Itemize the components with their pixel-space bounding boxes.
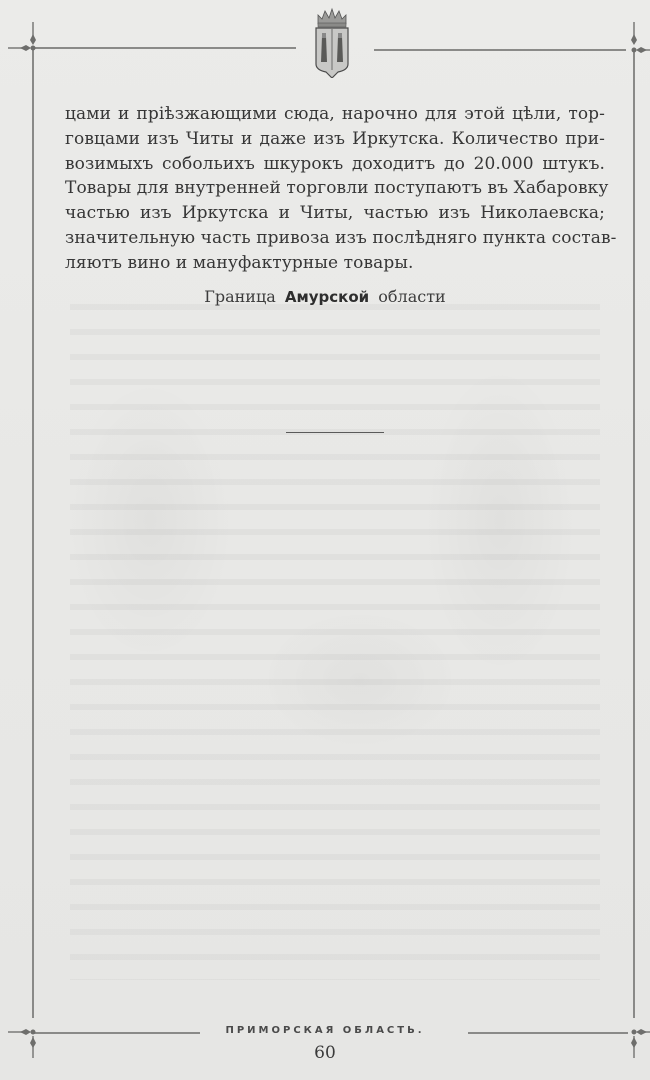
top-rule-left [34, 47, 296, 49]
heading-suffix: области [378, 287, 445, 306]
text-line: говцами изъ Читы и даже изъ Иркутска. Ко… [65, 127, 605, 152]
left-frame-rule [32, 50, 34, 1018]
show-through-texture [70, 290, 600, 980]
text-line: Товары для внутренней торговли поступают… [65, 176, 605, 201]
page-number: 60 [0, 1043, 650, 1063]
book-page: цами и прiѣзжающими сюда, нарочно для эт… [0, 0, 650, 1080]
section-heading: Граница Амурской области [0, 287, 650, 306]
text-line: цами и прiѣзжающими сюда, нарочно для эт… [65, 102, 605, 127]
section-separator-rule [286, 432, 384, 433]
text-line: частью изъ Иркутска и Читы, частью изъ Н… [65, 201, 605, 226]
corner-ornament-top-left-icon [6, 20, 46, 70]
coat-of-arms-icon [312, 6, 352, 78]
right-frame-rule [633, 52, 635, 1018]
heading-prefix: Граница [204, 287, 276, 306]
heading-bold-word: Амурской [281, 288, 373, 306]
text-line: возимыхъ собольихъ шкурокъ доходитъ до 2… [65, 152, 605, 177]
text-line: значительную часть привоза изъ послѣдняг… [65, 226, 605, 251]
top-rule-right [374, 49, 626, 51]
body-paragraph: цами и прiѣзжающими сюда, нарочно для эт… [65, 102, 605, 276]
corner-ornament-top-right-icon [612, 20, 650, 70]
text-line: ляютъ вино и мануфактурные товары. [65, 251, 605, 276]
running-footer-title: ПРИМОРСКАЯ ОБЛАСТЬ. [0, 1025, 650, 1036]
